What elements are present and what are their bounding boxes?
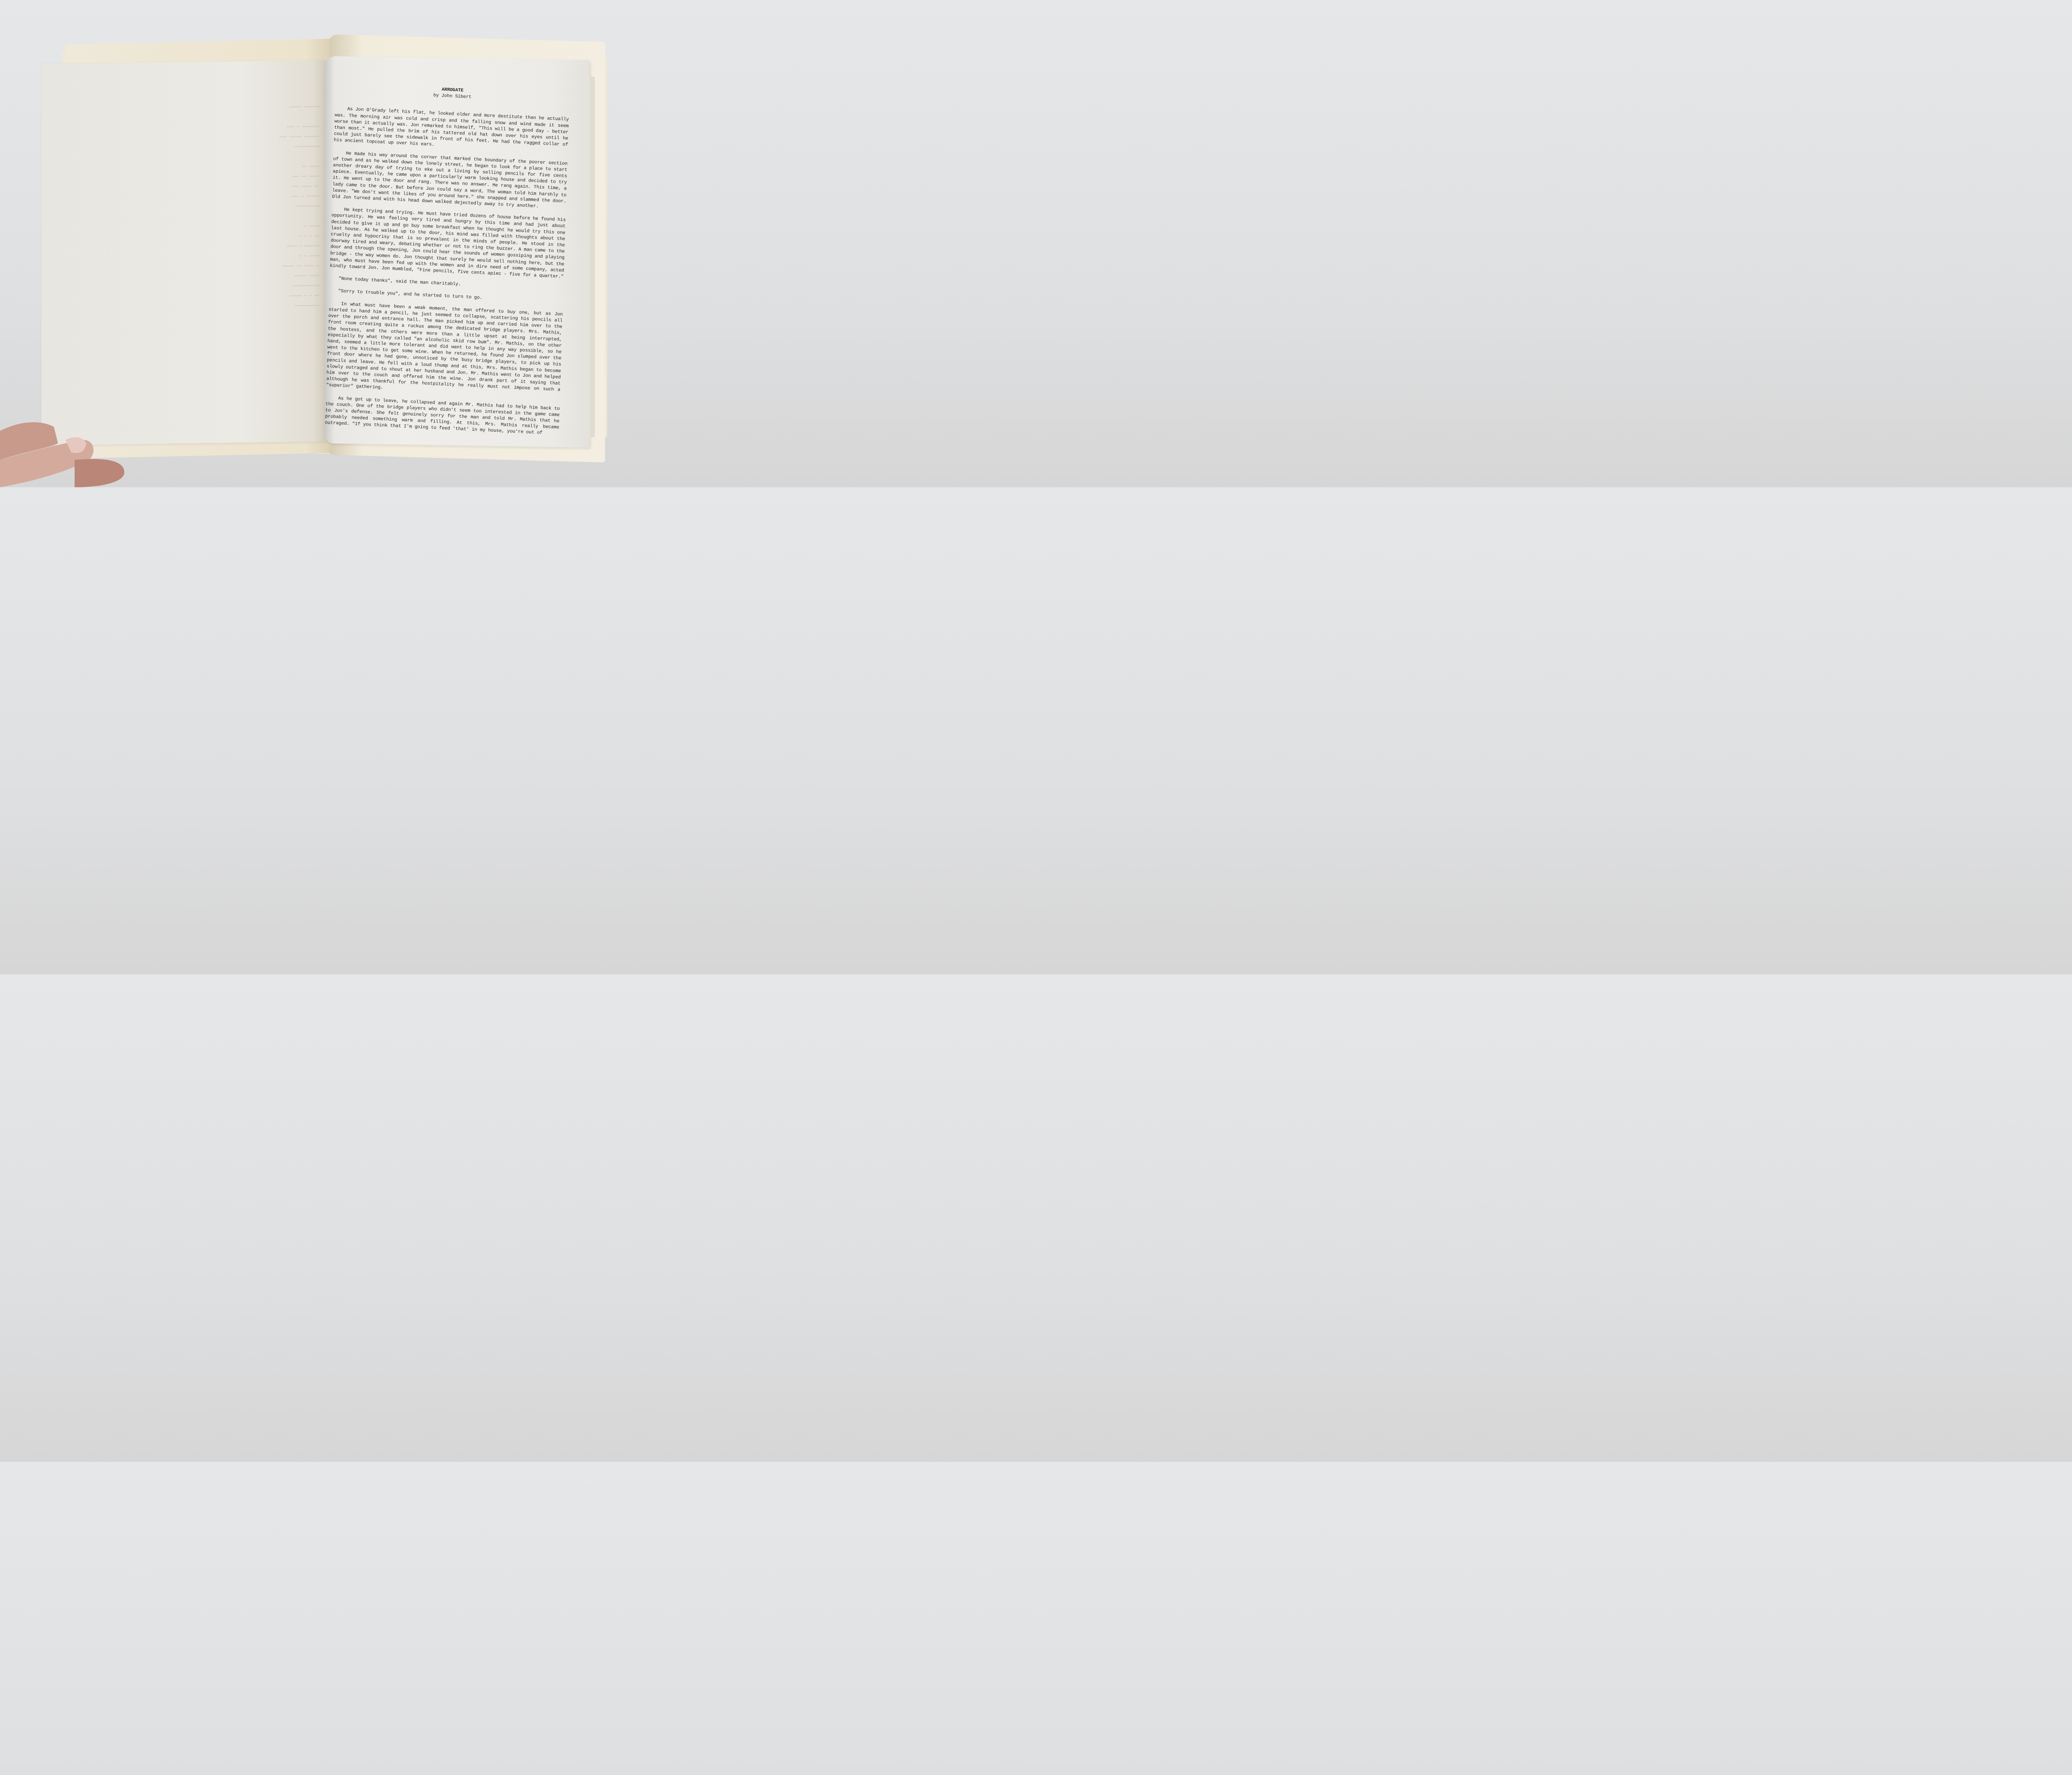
- paragraph: He made his way around the corner that m…: [332, 150, 568, 211]
- page-edge-stack: [589, 77, 595, 437]
- left-page[interactable]: ▬▬▬▬▬▬ ▬▬▬▬▬ ▬▬▬▬▬▬▬ ▬ ▬▬▬ ▬▬▬▬▬▬ ▬▬▬▬▬ …: [41, 60, 327, 445]
- paragraph: He kept trying and trying. He must have …: [330, 206, 566, 280]
- typescript-body: ARROGATE by John Sibert As Jon O'Grady l…: [324, 82, 569, 443]
- photo-scene: ▬▬▬▬▬▬ ▬▬▬▬▬ ▬▬▬▬▬▬▬ ▬ ▬▬▬ ▬▬▬▬▬▬ ▬▬▬▬▬ …: [0, 0, 650, 487]
- left-page-showthrough: ▬▬▬▬▬▬ ▬▬▬▬▬ ▬▬▬▬▬▬▬ ▬ ▬▬▬ ▬▬▬▬▬▬ ▬▬▬▬▬ …: [203, 102, 319, 312]
- paragraph: As he got up to leave, he collapsed and …: [325, 395, 560, 438]
- paragraph: In what must have been a weak moment, th…: [326, 301, 563, 400]
- hand-holding-page: [0, 414, 128, 487]
- right-page[interactable]: ARROGATE by John Sibert As Jon O'Grady l…: [324, 56, 589, 447]
- paragraph: As Jon O'Grady left his flat, he looked …: [334, 106, 569, 155]
